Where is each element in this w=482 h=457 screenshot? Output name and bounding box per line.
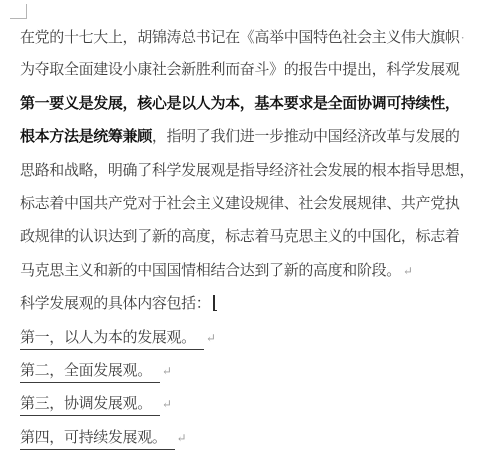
text-line: 马克思主义和新的中国国情相结合达到了新的高度和阶段。↵ — [20, 255, 472, 288]
text-segment: 第一要义是发展，核心是以人为本，基本要求是全面协调可持续性， — [20, 96, 460, 112]
text-segment: 政规律的认识达到了新的高度，标志着马克思主义的中国化，标志着 — [20, 229, 460, 245]
document-text-area[interactable]: 在党的十七大上，胡锦涛总书记在《高举中国特色社会主义伟大旗帜·为夺取全面建设小康… — [20, 21, 472, 455]
text-line: 科学发展观的具体内容包括： — [20, 288, 472, 321]
text-segment: 思路和战略，明确了科学发展观是指导经济社会发展的根本指导思想， — [20, 163, 474, 179]
text-line: 在党的十七大上，胡锦涛总书记在《高举中国特色社会主义伟大旗帜· — [20, 21, 472, 54]
text-segment: 第二，全面发展观。 — [20, 361, 160, 383]
text-segment: 科学发展观的具体内容包括： — [20, 296, 210, 312]
text-segment: 第一，以人为本的发展观。 — [20, 328, 204, 350]
text-cursor — [213, 295, 215, 310]
text-segment: ，指明了我们进一步推动中国经济改革与发展的 — [152, 129, 460, 145]
text-segment: 为夺取全面建设小康社会新胜利而奋斗》的报告中提出，科学发展观 — [20, 62, 460, 78]
paragraph-mark-icon: ↵ — [177, 431, 187, 445]
text-line: 第二，全面发展观。↵ — [20, 355, 472, 388]
text-line: 第一，以人为本的发展观。↵ — [20, 322, 472, 355]
page-margin-crop-mark-icon — [10, 4, 27, 19]
text-line: 标志着中国共产党对于社会主义建设规律、社会发展规律、共产党执 — [20, 188, 472, 221]
text-line: 第四，可持续发展观。↵ — [20, 422, 472, 455]
text-line: 第三，协调发展观。↵ — [20, 388, 472, 421]
text-segment: 第四，可持续发展观。 — [20, 428, 175, 450]
text-line: 根本方法是统筹兼顾，指明了我们进一步推动中国经济改革与发展的 — [20, 121, 472, 154]
paragraph-mark-icon: ↵ — [162, 364, 172, 378]
text-line: 思路和战略，明确了科学发展观是指导经济社会发展的根本指导思想， — [20, 155, 472, 188]
text-segment: 标志着中国共产党对于社会主义建设规律、社会发展规律、共产党执 — [20, 196, 460, 212]
paragraph-mark-icon: ↵ — [403, 264, 413, 278]
text-segment: 在党的十七大上，胡锦涛总书记在《高举中国特色社会主义伟大旗帜 — [20, 30, 460, 46]
paragraph-mark-icon: ↵ — [206, 331, 216, 345]
text-segment: 马克思主义和新的中国国情相结合达到了新的高度和阶段。 — [20, 263, 401, 279]
paragraph-mark-icon: ↵ — [162, 397, 172, 411]
space-mark-icon: · — [461, 30, 465, 45]
text-line: 政规律的认识达到了新的高度，标志着马克思主义的中国化，标志着 — [20, 221, 472, 254]
text-segment: 第三，协调发展观。 — [20, 394, 160, 416]
text-line: 第一要义是发展，核心是以人为本，基本要求是全面协调可持续性， — [20, 88, 472, 121]
text-line: 为夺取全面建设小康社会新胜利而奋斗》的报告中提出，科学发展观 — [20, 54, 472, 87]
document-page: 在党的十七大上，胡锦涛总书记在《高举中国特色社会主义伟大旗帜·为夺取全面建设小康… — [0, 0, 482, 457]
text-segment: 根本方法是统筹兼顾 — [20, 129, 152, 145]
